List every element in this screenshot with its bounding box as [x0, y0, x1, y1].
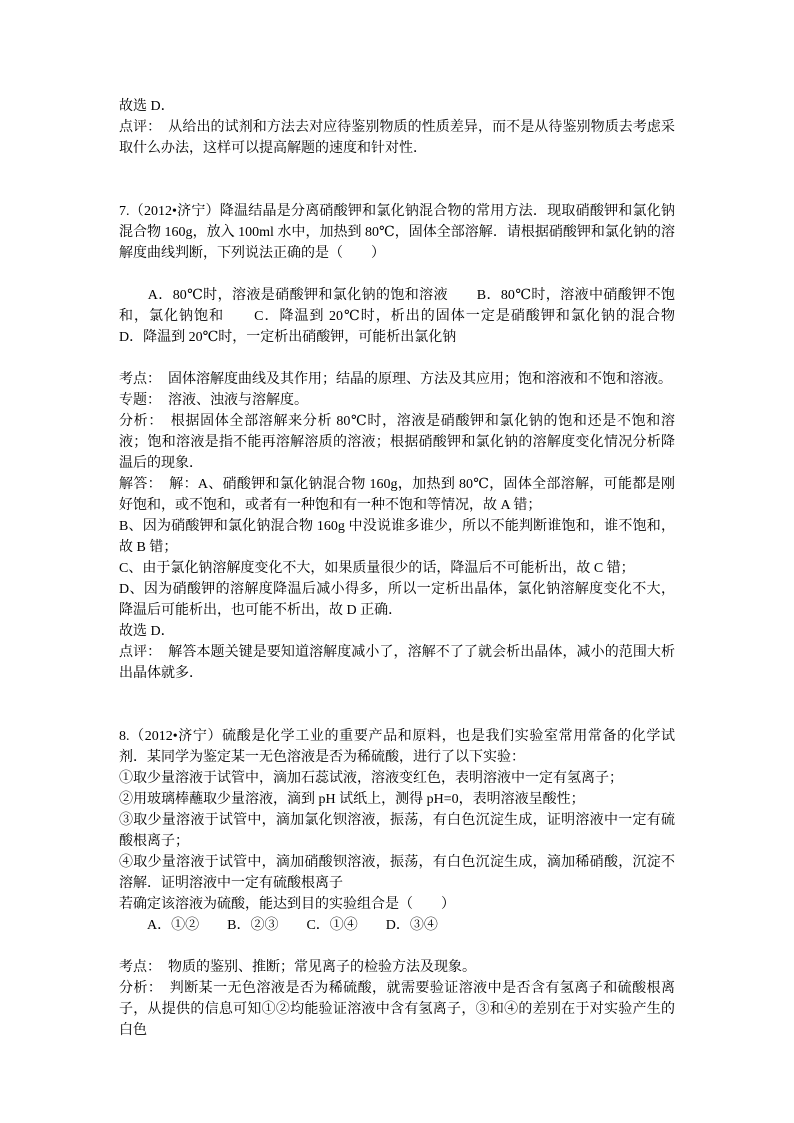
blank-line	[119, 348, 675, 369]
q7-jieda-c: C、由于氯化钠溶解度变化不大，如果质量很少的话，降温后不可能析出，故 C 错；	[119, 558, 675, 579]
q7-jieda-b: B、因为硝酸钾和氯化钠混合物 160g 中没说谁多谁少，所以不能判断谁饱和，谁不…	[119, 516, 675, 558]
q7-zhuanti: 专题： 溶液、浊液与溶解度。	[119, 390, 675, 411]
q8-exp-3: ③取少量溶液于试管中，滴加氯化钡溶液，振荡，有白色沉淀生成，证明溶液中一定有硫酸…	[119, 810, 675, 852]
q7-jieda-a: 解答： 解：A、硝酸钾和氯化钠混合物 160g，加热到 80℃，固体全部溶解，可…	[119, 474, 675, 516]
blank-line	[119, 936, 675, 957]
q8-stem: 8.（2012•济宁）硫酸是化学工业的重要产品和原料，也是我们实验室常用常备的化…	[119, 726, 675, 768]
q7-answer-line: 故选 D．	[119, 621, 675, 642]
q8-fenxi: 分析： 判断某一无色溶液是否为稀硫酸，就需要验证溶液中是否含有氢离子和硫酸根离子…	[119, 978, 675, 1041]
q8-question-line: 若确定该溶液为硫酸，能达到目的实验组合是（ ）	[119, 894, 675, 915]
blank-line	[119, 180, 675, 201]
q7-fenxi: 分析： 根据固体全部溶解来分析 80℃时，溶液是硝酸钾和氯化钠的饱和还是不饱和溶…	[119, 411, 675, 474]
q8-exp-4: ④取少量溶液于试管中，滴加硝酸钡溶液，振荡，有白色沉淀生成，滴加稀硝酸，沉淀不溶…	[119, 852, 675, 894]
blank-line	[119, 705, 675, 726]
q7-jieda-d: D、因为硝酸钾的溶解度降温后减小得多，所以一定析出晶体，氯化钠溶解度变化不大，降…	[119, 579, 675, 621]
blank-line	[119, 159, 675, 180]
q6-answer-line: 故选 D．	[119, 96, 675, 117]
q8-kaodian: 考点： 物质的鉴别、推断；常见离子的检验方法及现象。	[119, 957, 675, 978]
blank-line	[119, 684, 675, 705]
q7-kaodian: 考点： 固体溶解度曲线及其作用；结晶的原理、方法及其应用；饱和溶液和不饱和溶液。	[119, 369, 675, 390]
document-content: 故选 D．点评： 从给出的试剂和方法去对应待鉴别物质的性质差异，而不是从待鉴别物…	[119, 96, 675, 1041]
q8-exp-2: ②用玻璃棒蘸取少量溶液，滴到 pH 试纸上，测得 pH=0，表明溶液呈酸性；	[119, 789, 675, 810]
q7-stem: 7.（2012•济宁）降温结晶是分离硝酸钾和氯化钠混合物的常用方法．现取硝酸钾和…	[119, 201, 675, 264]
q8-exp-1: ①取少量溶液于试管中，滴加石蕊试液，溶液变红色，表明溶液中一定有氢离子；	[119, 768, 675, 789]
q8-options: A．①② B．②③ C．①④ D．③④	[119, 915, 675, 936]
q7-comment: 点评： 解答本题关键是要知道溶解度减小了，溶解不了了就会析出晶体，减小的范围大析…	[119, 642, 675, 684]
q6-comment: 点评： 从给出的试剂和方法去对应待鉴别物质的性质差异，而不是从待鉴别物质去考虑采…	[119, 117, 675, 159]
blank-line	[119, 264, 675, 285]
q7-options: A．80℃时，溶液是硝酸钾和氯化钠的饱和溶液 B．80℃时，溶液中硝酸钾不饱和，…	[119, 285, 675, 348]
document-page: 故选 D．点评： 从给出的试剂和方法去对应待鉴别物质的性质差异，而不是从待鉴别物…	[0, 0, 794, 1123]
